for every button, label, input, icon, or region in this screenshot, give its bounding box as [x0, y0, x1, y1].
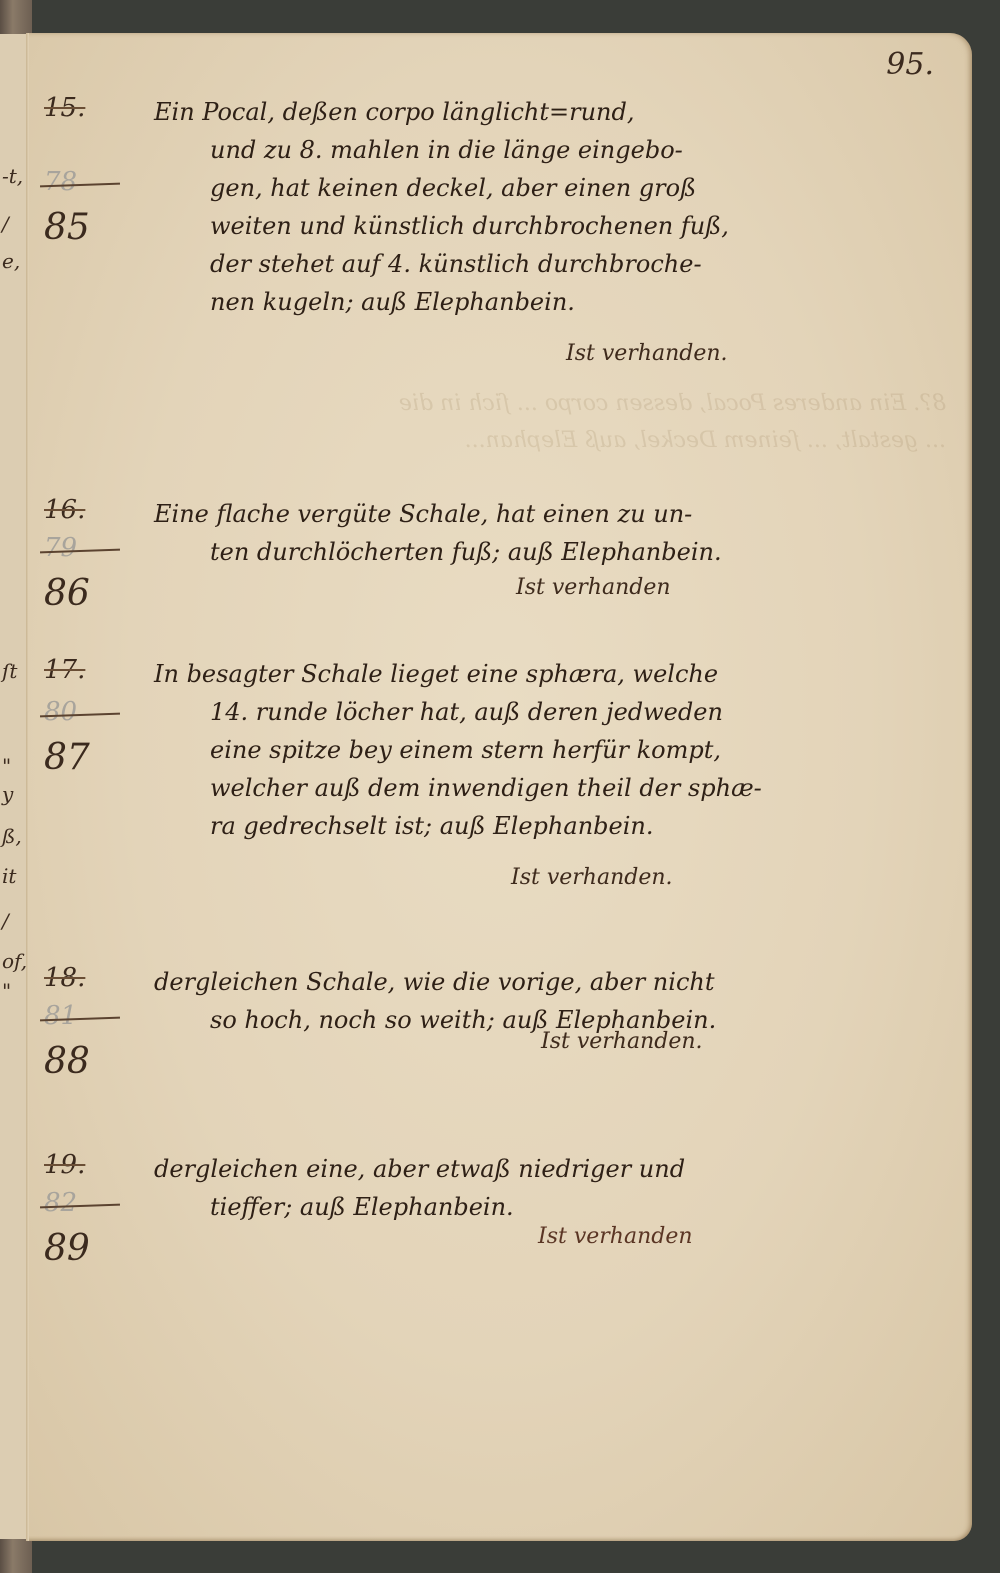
new-item-number: 85: [44, 207, 144, 248]
entry-line: der stehet auf 4. künstlich durchbroche-: [154, 245, 944, 283]
pencil-item-number: 80: [44, 697, 144, 731]
facing-fragment: -t,: [2, 164, 23, 188]
facing-fragment: e,: [2, 249, 20, 273]
facing-fragment: y: [2, 782, 13, 806]
new-item-number: 88: [44, 1041, 144, 1082]
old-item-number: 18.: [44, 963, 144, 997]
entry-margin-numbers: 15. 78 85: [44, 93, 144, 248]
entry-description: dergleichen eine, aber etwaß niedriger u…: [154, 1150, 944, 1226]
status-note: Ist verhanden.: [511, 865, 673, 890]
facing-fragment: it: [2, 864, 16, 888]
entry-line: ra gedrechselt ist; auß Elephanbein.: [154, 807, 944, 845]
pencil-item-number: 79: [44, 533, 144, 567]
facing-page-edge: -t, / e, ſt " y ß, it / of, ": [0, 34, 27, 1539]
old-item-number: 19.: [44, 1150, 144, 1184]
entry-description: Ein Pocal, deßen corpo länglicht=rund, u…: [154, 93, 944, 321]
entry-line: nen kugeln; auß Elephanbein.: [154, 283, 944, 321]
entry-description: Eine flache vergüte Schale, hat einen zu…: [154, 495, 944, 571]
entry-margin-numbers: 17. 80 87: [44, 655, 144, 778]
facing-fragment: ſt: [2, 659, 17, 683]
entry-description: In besagter Schale lieget eine sphæra, w…: [154, 655, 944, 845]
entry-margin-numbers: 19. 82 89: [44, 1150, 144, 1269]
new-item-number: 89: [44, 1228, 144, 1269]
entry-line: tieffer; auß Elephanbein.: [154, 1188, 944, 1226]
folio-number: 95.: [886, 47, 934, 82]
pencil-item-number: 81: [44, 1001, 144, 1035]
page-gutter: [26, 33, 29, 1541]
entry-line: Eine flache vergüte Schale, hat einen zu…: [154, 495, 944, 533]
status-note: Ist verhanden.: [541, 1029, 703, 1054]
entry-line: ten durchlöcherten fuß; auß Elephanbein.: [154, 533, 944, 571]
old-item-number: 17.: [44, 655, 144, 689]
entry-line: dergleichen eine, aber etwaß niedriger u…: [154, 1150, 944, 1188]
facing-fragment: ß,: [2, 824, 22, 848]
status-note: Ist verhanden: [516, 575, 671, 600]
entry-margin-numbers: 18. 81 88: [44, 963, 144, 1082]
bleed-through-text: 8?. Ein anderes Pocal, dessen corpo ... …: [146, 391, 946, 416]
entry-margin-numbers: 16. 79 86: [44, 495, 144, 614]
facing-fragment: of,: [2, 949, 27, 973]
entry-line: welcher auß dem inwendigen theil der sph…: [154, 769, 944, 807]
facing-fragment: /: [2, 909, 9, 933]
pencil-item-number: 82: [44, 1188, 144, 1222]
entry-line: 14. runde löcher hat, auß deren jedweden: [154, 693, 944, 731]
status-note: Ist verhanden.: [566, 341, 728, 366]
old-item-number: 16.: [44, 495, 144, 529]
new-item-number: 86: [44, 573, 144, 614]
entry-line: dergleichen Schale, wie die vorige, aber…: [154, 963, 944, 1001]
bleed-through-text: ... gestalt, ... ſeinem Deckel, auß Elep…: [146, 428, 946, 453]
facing-fragment: ": [2, 979, 11, 1003]
old-item-number: 15.: [44, 93, 144, 127]
entry-line: In besagter Schale lieget eine sphæra, w…: [154, 655, 944, 693]
entry-line: weiten und künstlich durchbrochenen fuß,: [154, 207, 944, 245]
entry-line: und zu 8. mahlen in die länge eingebo-: [154, 131, 944, 169]
entry-line: Ein Pocal, deßen corpo länglicht=rund,: [154, 93, 944, 131]
entry-description: dergleichen Schale, wie die vorige, aber…: [154, 963, 944, 1039]
entry-line: eine spitze bey einem stern herfür kompt…: [154, 731, 944, 769]
facing-fragment: ": [2, 754, 11, 778]
new-item-number: 87: [44, 737, 144, 778]
manuscript-page: 95. 8?. Ein anderes Pocal, dessen corpo …: [26, 33, 972, 1541]
entry-line: gen, hat keinen deckel, aber einen groß: [154, 169, 944, 207]
status-note: Ist verhanden: [538, 1224, 693, 1249]
facing-fragment: /: [2, 212, 9, 236]
pencil-item-number: 78: [44, 167, 144, 201]
